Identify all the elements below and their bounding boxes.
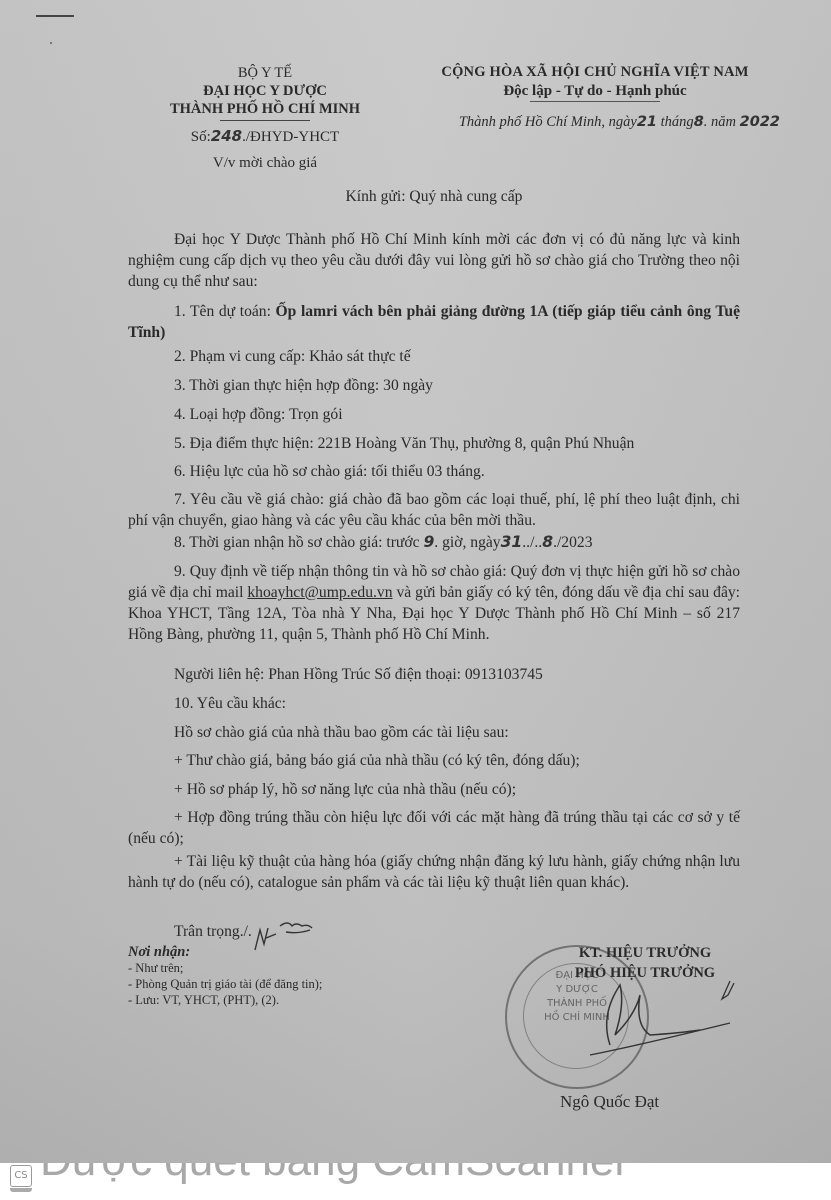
salutation: Kính gửi: Quý nhà cung cấp <box>128 186 740 207</box>
contact-info: Người liên hệ: Phan Hồng Trúc Số điện th… <box>128 664 740 685</box>
item-1: 1. Tên dự toán: Ốp lamri vách bên phải g… <box>128 301 740 343</box>
item-9: 9. Quy định về tiếp nhận thông tin và hồ… <box>128 561 740 645</box>
recipients-title: Nơi nhận: <box>128 944 322 960</box>
scan-mark <box>36 15 74 17</box>
document-number: Số:248./ĐHYD-YHCT <box>150 127 380 146</box>
handwritten-number: 248 <box>211 127 242 145</box>
recipient-item: - Như trên; <box>128 960 322 976</box>
scan-speck <box>50 42 52 44</box>
university-name-line2: THÀNH PHỐ HỒ CHÍ MINH <box>150 100 380 118</box>
intro-paragraph: Đại học Y Dược Thành phố Hồ Chí Minh kín… <box>128 229 740 292</box>
recipient-item: - Phòng Quản trị giáo tài (để đăng tin); <box>128 976 322 992</box>
nation-title: CỘNG HÒA XÃ HỘI CHỦ NGHĨA VIỆT NAM <box>410 63 780 82</box>
motto-underline <box>530 101 660 102</box>
item-10-a: + Thư chào giá, bảng báo giá của nhà thầ… <box>128 750 740 771</box>
item-4: 4. Loại hợp đồng: Trọn gói <box>128 404 740 425</box>
signer-name: Ngô Quốc Đạt <box>560 1092 659 1112</box>
item-10-intro: Hồ sơ chào giá của nhà thầu bao gồm các … <box>128 722 740 743</box>
closing: Trân trọng./. <box>128 921 740 942</box>
item-6: 6. Hiệu lực của hồ sơ chào giá: tối thiể… <box>128 461 740 482</box>
item-3: 3. Thời gian thực hiện hợp đồng: 30 ngày <box>128 375 740 396</box>
watermark-clip: Được quét bằng CamScanner <box>0 1163 831 1200</box>
item-10-b: + Hồ sơ pháp lý, hồ sơ năng lực của nhà … <box>128 779 740 800</box>
camscanner-logo-icon: CS <box>10 1165 32 1187</box>
recipient-item: - Lưu: VT, YHCT, (PHT), (2). <box>128 992 322 1008</box>
recipients-block: Nơi nhận: - Như trên; - Phòng Quản trị g… <box>128 944 322 1008</box>
university-name-line1: ĐẠI HỌC Y DƯỢC <box>150 82 380 100</box>
document-subject: V/v mời chào giá <box>150 154 380 172</box>
signature-icon <box>580 975 750 1065</box>
item-7: 7. Yêu cầu về giá chào: giá chào đã bao … <box>128 489 740 531</box>
document-date: Thành phố Hồ Chí Minh, ngày21 tháng8. nă… <box>410 113 780 132</box>
item-10-d: + Tài liệu kỹ thuật của hàng hóa (giấy c… <box>128 851 740 893</box>
item-5: 5. Địa điểm thực hiện: 221B Hoàng Văn Th… <box>128 433 740 454</box>
item-10-c: + Hợp đồng trúng thầu còn hiệu lực đối v… <box>128 807 740 849</box>
national-header: CỘNG HÒA XÃ HỘI CHỦ NGHĨA VIỆT NAM Độc l… <box>410 63 780 132</box>
watermark-text: Được quét bằng CamScanner <box>40 1163 629 1186</box>
issuer-header: BỘ Y TẾ ĐẠI HỌC Y DƯỢC THÀNH PHỐ HỒ CHÍ … <box>150 64 380 172</box>
item-2: 2. Phạm vi cung cấp: Khảo sát thực tế <box>128 346 740 367</box>
item-10: 10. Yêu cầu khác: <box>128 693 740 714</box>
ministry-name: BỘ Y TẾ <box>150 64 380 82</box>
header-underline <box>220 120 310 121</box>
email-link[interactable]: khoayhct@ump.edu.vn <box>247 584 392 601</box>
national-motto: Độc lập - Tự do - Hạnh phúc <box>410 82 780 101</box>
item-8: 8. Thời gian nhận hồ sơ chào giá: trước … <box>128 532 740 553</box>
